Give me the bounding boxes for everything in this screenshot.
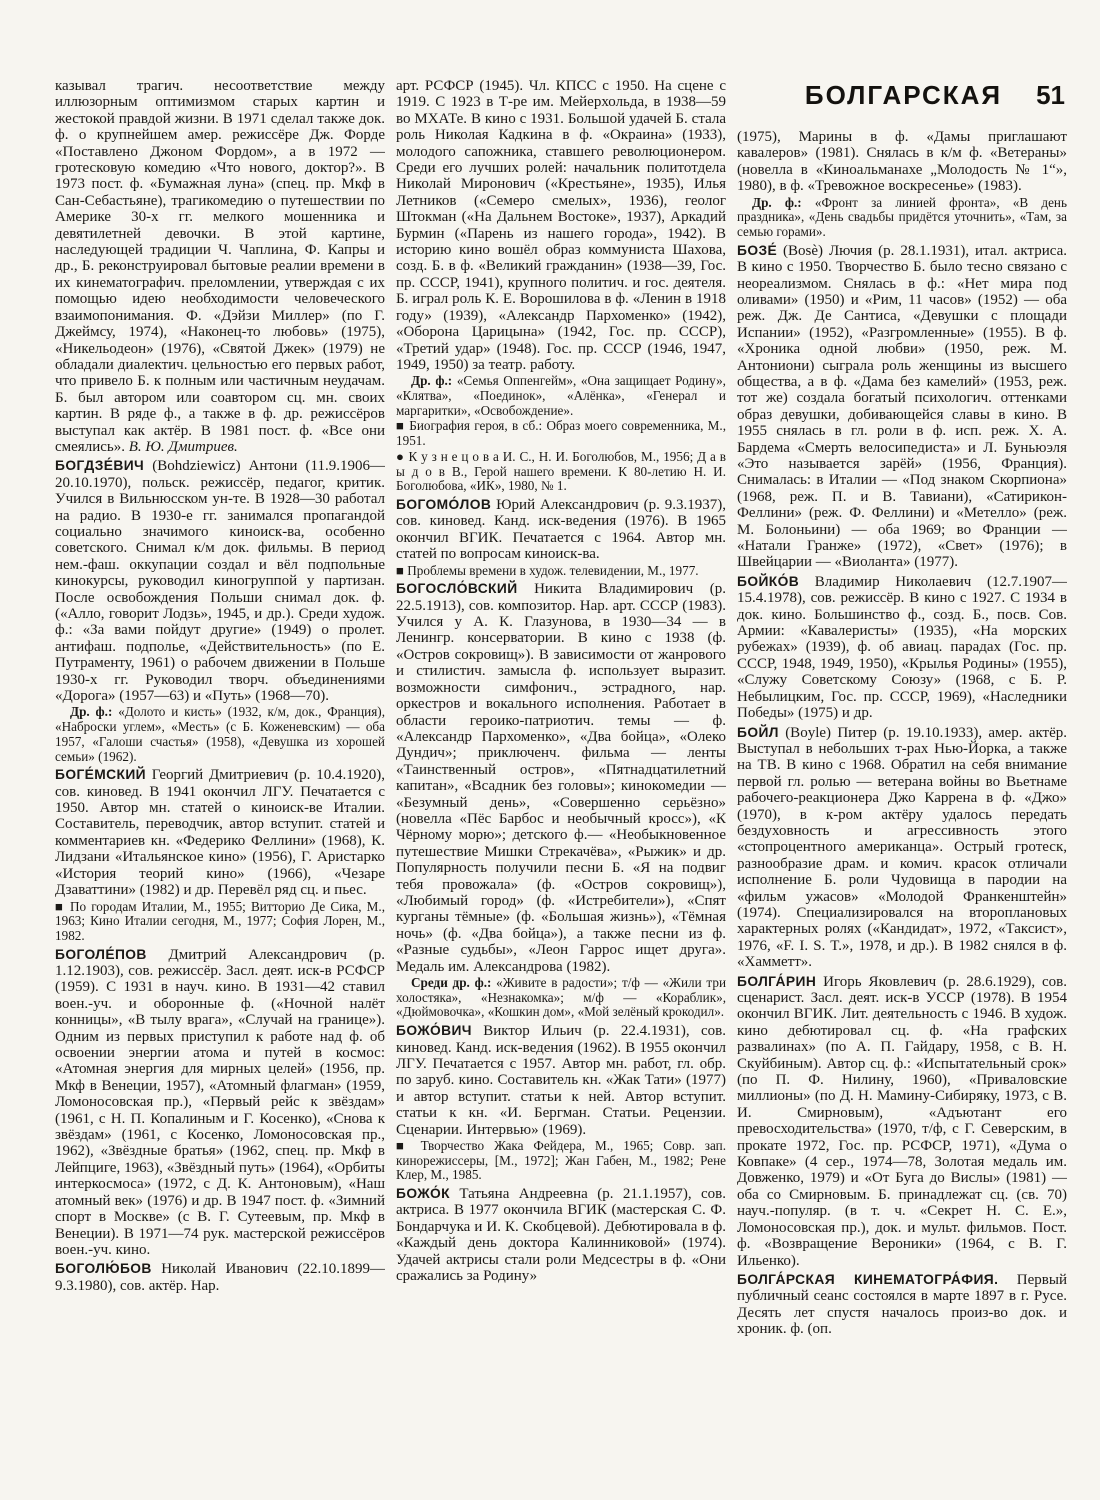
text-segment: Виктор Ильич (р. 22.4.1931), сов. кинове… <box>396 1023 726 1137</box>
text-segment: Среди др. ф.: <box>411 975 491 990</box>
entry-paragraph: БОГОМО́ЛОВ Юрий Александрович (р. 9.3.19… <box>396 497 726 563</box>
column-1: казывал трагич. несоответствие между илл… <box>55 78 385 1483</box>
note-paragraph: Др. ф.: «Семья Оппенгейм», «Она защищает… <box>396 374 726 418</box>
entry-headword: БОГДЗЕ́ВИЧ <box>55 458 144 473</box>
entry-headword: БОГОЛЕ́ПОВ <box>55 947 147 962</box>
running-title: БОЛГАРСКАЯ <box>805 80 1002 111</box>
entry-paragraph: БОГЕ́МСКИЙ Георгий Дмитриевич (р. 10.4.1… <box>55 767 385 898</box>
text-segment: ■ Проблемы времени в худож. телевидении,… <box>396 563 699 578</box>
text-segment: ● К у з н е ц о в а И. С., Н. И. Боголюб… <box>396 449 726 493</box>
entry-paragraph: БОГДЗЕ́ВИЧ (Bohdziewicz) Антони (11.9.19… <box>55 458 385 704</box>
columns-container: казывал трагич. несоответствие между илл… <box>55 78 1067 1483</box>
text-segment: ■ Биография героя, в сб.: Образ моего со… <box>396 418 726 448</box>
column-3: БОЛГАРСКАЯ 51 (1975), Марины в ф. «Дамы … <box>737 78 1067 1483</box>
entry-headword: БОГОМО́ЛОВ <box>396 497 491 512</box>
text-segment: Владимир Николаевич (12.7.1907—15.4.1978… <box>737 574 1067 721</box>
text-paragraph: казывал трагич. несоответствие между илл… <box>55 78 385 455</box>
entry-paragraph: БОЛГА́РИН Игорь Яковлевич (р. 28.6.1929)… <box>737 974 1067 1269</box>
entry-paragraph: БОЛГА́РСКАЯ КИНЕМАТОГРА́ФИЯ. Первый публ… <box>737 1272 1067 1338</box>
entry-paragraph: БОГОЛЕ́ПОВ Дмитрий Александрович (р. 1.1… <box>55 947 385 1259</box>
text-segment: Никита Владимирович (р. 22.5.1913), сов.… <box>396 581 726 974</box>
text-segment: казывал трагич. несоответствие между илл… <box>55 78 385 455</box>
column-1-body: казывал трагич. несоответствие между илл… <box>55 78 385 1294</box>
running-head: БОЛГАРСКАЯ 51 <box>737 80 1065 111</box>
entry-headword: БОЙКО́В <box>737 574 799 589</box>
entry-headword: БОЗЕ́ <box>737 243 777 258</box>
encyclopedia-page: казывал трагич. несоответствие между илл… <box>0 0 1100 1500</box>
entry-headword: БОЖО́ВИЧ <box>396 1023 472 1038</box>
note-paragraph: ■ Проблемы времени в худож. телевидении,… <box>396 564 726 579</box>
text-segment: ■ По городам Италии, М., 1955; Витторио … <box>55 899 385 943</box>
column-2: арт. РСФСР (1945). Чл. КПСС с 1950. На с… <box>396 78 726 1483</box>
text-segment: Георгий Дмитриевич (р. 10.4.1920), сов. … <box>55 767 385 898</box>
entry-headword: БОГОСЛО́ВСКИЙ <box>396 581 518 596</box>
column-2-body: арт. РСФСР (1945). Чл. КПСС с 1950. На с… <box>396 78 726 1285</box>
entry-paragraph: БОЗЕ́ (Bosè) Лючия (р. 28.1.1931), итал.… <box>737 243 1067 571</box>
entry-paragraph: БОЙЛ (Boyle) Питер (р. 19.10.1933), амер… <box>737 725 1067 971</box>
text-segment: (Bohdziewicz) Антони (11.9.1906—20.10.19… <box>55 458 385 704</box>
text-paragraph: (1975), Марины в ф. «Дамы приглашают кав… <box>737 129 1067 195</box>
entry-headword: БОГЕ́МСКИЙ <box>55 767 146 782</box>
text-segment: Игорь Яковлевич (р. 28.6.1929), сов. сце… <box>737 974 1067 1269</box>
text-segment: В. Ю. Дмитриев. <box>129 439 238 455</box>
column-3-body: (1975), Марины в ф. «Дамы приглашают кав… <box>737 129 1067 1338</box>
note-paragraph: Др. ф.: «Долото и кисть» (1932, к/м, док… <box>55 705 385 764</box>
text-segment: арт. РСФСР (1945). Чл. КПСС с 1950. На с… <box>396 78 726 373</box>
entry-headword: БОЖО́К <box>396 1186 450 1201</box>
entry-paragraph: БОГОСЛО́ВСКИЙ Никита Владимирович (р. 22… <box>396 581 726 975</box>
text-segment: (Bosè) Лючия (р. 28.1.1931), итал. актри… <box>737 243 1067 571</box>
text-segment: Др. ф.: <box>70 704 112 719</box>
text-segment: (1975), Марины в ф. «Дамы приглашают кав… <box>737 129 1067 194</box>
text-segment: (Boyle) Питер (р. 19.10.1933), амер. акт… <box>737 725 1067 971</box>
text-segment: Др. ф.: <box>752 195 802 210</box>
note-paragraph: ■ По городам Италии, М., 1955; Витторио … <box>55 900 385 944</box>
text-segment: ■ Творчество Жака Фейдера, М., 1965; Сов… <box>396 1138 726 1182</box>
note-paragraph: ● К у з н е ц о в а И. С., Н. И. Боголюб… <box>396 450 726 494</box>
entry-paragraph: БОЙКО́В Владимир Николаевич (12.7.1907—1… <box>737 574 1067 722</box>
page-number: 51 <box>1036 80 1065 111</box>
entry-headword: БОЙЛ <box>737 725 779 740</box>
note-paragraph: ■ Творчество Жака Фейдера, М., 1965; Сов… <box>396 1139 726 1183</box>
entry-paragraph: БОГОЛЮ́БОВ Николай Иванович (22.10.1899—… <box>55 1261 385 1294</box>
entry-paragraph: БОЖО́К Татьяна Андреевна (р. 21.1.1957),… <box>396 1186 726 1284</box>
entry-paragraph: БОЖО́ВИЧ Виктор Ильич (р. 22.4.1931), со… <box>396 1023 726 1138</box>
entry-headword: БОГОЛЮ́БОВ <box>55 1261 152 1276</box>
note-paragraph: Среди др. ф.: «Живите в радости»; т/ф — … <box>396 976 726 1020</box>
text-segment: Дмитрий Александрович (р. 1.12.1903), со… <box>55 947 385 1258</box>
entry-headword: БОЛГА́РИН <box>737 974 816 989</box>
note-paragraph: Др. ф.: «Фронт за линией фронта», «В ден… <box>737 196 1067 240</box>
entry-headword: БОЛГА́РСКАЯ КИНЕМАТОГРА́ФИЯ. <box>737 1272 998 1287</box>
note-paragraph: ■ Биография героя, в сб.: Образ моего со… <box>396 419 726 448</box>
text-segment: Др. ф.: <box>411 373 452 388</box>
text-paragraph: арт. РСФСР (1945). Чл. КПСС с 1950. На с… <box>396 78 726 373</box>
